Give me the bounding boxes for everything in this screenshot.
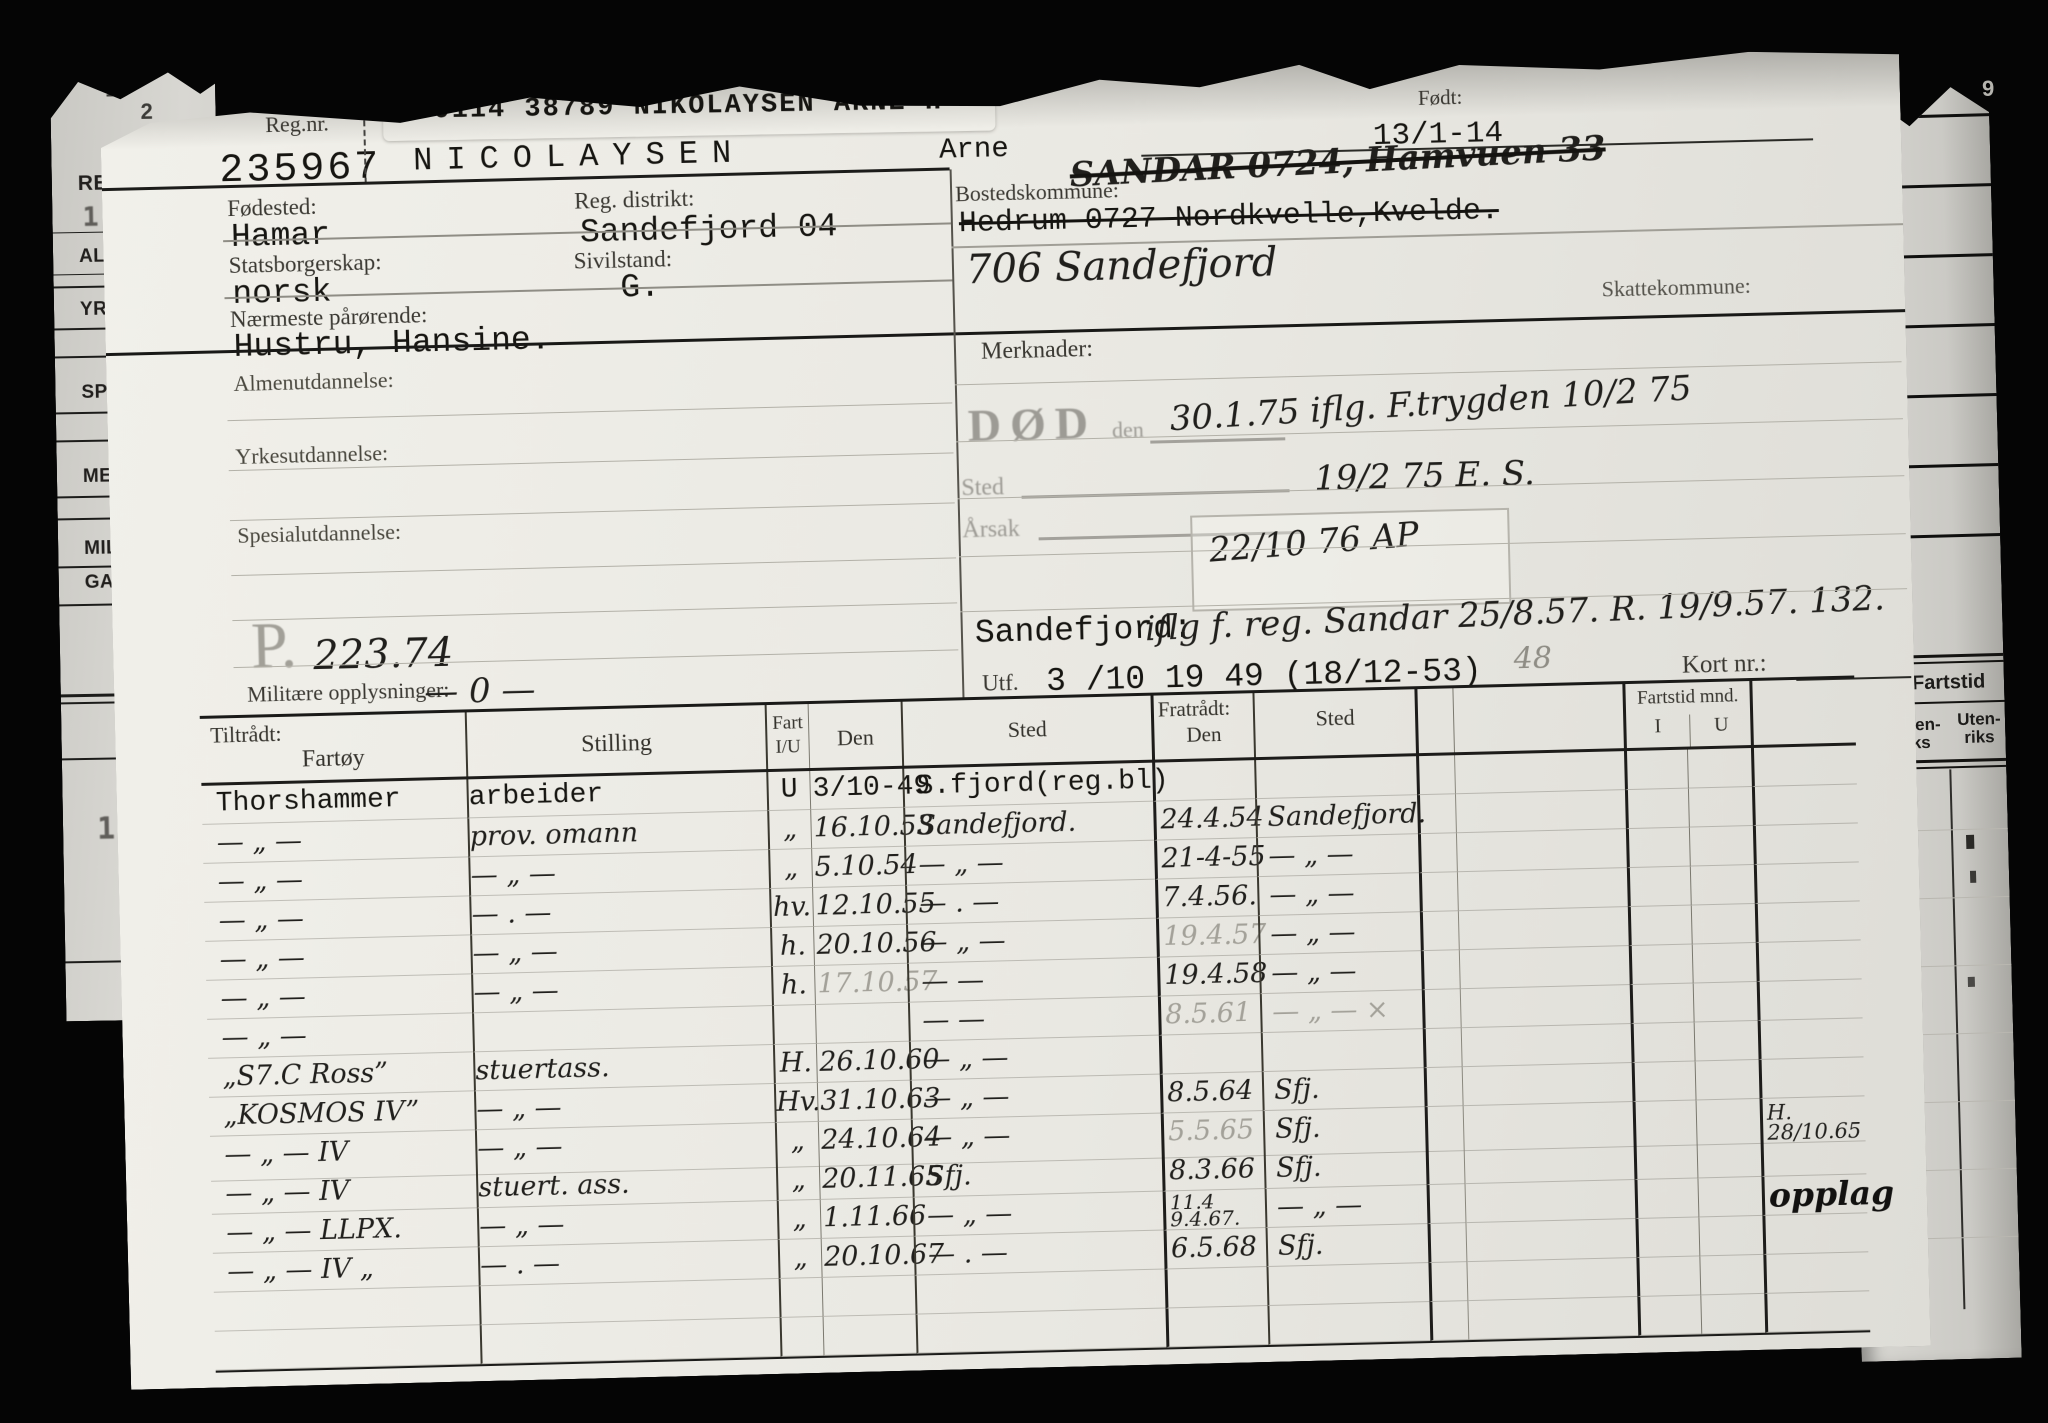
- cell-fart: hv.: [769, 888, 813, 928]
- cell-u: [1689, 826, 1754, 867]
- header-fratraadt: Fratrådt: Den: [1150, 693, 1254, 759]
- cell-x2: [1462, 1063, 1633, 1106]
- cell-note: opplag: [1761, 1174, 1867, 1216]
- cell-u: [1697, 1177, 1762, 1218]
- cell-fartoy: — „ —: [207, 1013, 473, 1058]
- cell-x1: [1428, 1262, 1467, 1302]
- cell-sted: — . —: [914, 1231, 1165, 1276]
- cell-x2: [1460, 985, 1631, 1028]
- cell-x2: [1459, 946, 1630, 989]
- header-stilling: Stilling: [465, 705, 766, 776]
- cell-fra-den: 8.5.61: [1158, 994, 1261, 1035]
- cell-fart: H.: [773, 1044, 817, 1084]
- cell-sted: — „ —: [913, 1192, 1164, 1237]
- ink-mark: [1970, 871, 1976, 883]
- header-fra-sted: Sted: [1252, 689, 1416, 757]
- cell-sted: — „ —: [909, 1036, 1160, 1081]
- cell-den: 16.10.53: [810, 808, 904, 849]
- firstname: Arne: [939, 132, 1009, 167]
- cell-fra-den: 24.4.54: [1153, 799, 1256, 840]
- cell-x1: [1419, 872, 1458, 912]
- col-i-label: I: [1626, 715, 1691, 749]
- cell-sted: Sfj.: [912, 1153, 1163, 1198]
- punch-card-sticker: 130114 38789 NIKOLAYSEN ARNE H: [383, 72, 996, 141]
- cell-sted: — „ —: [910, 1075, 1161, 1120]
- cell-i: [1635, 1217, 1699, 1258]
- cell-den: 1.11.66: [820, 1198, 914, 1239]
- page-digit-9: 9: [1982, 76, 1994, 102]
- cell-i: [1637, 1295, 1701, 1336]
- cell-i: [1630, 984, 1694, 1025]
- cell-stilling: [480, 1318, 781, 1364]
- cell-fartoy: [215, 1325, 481, 1370]
- cell-den: [815, 1003, 909, 1044]
- rule-line: [955, 361, 1902, 385]
- cell-fra-sted: — „ —: [1259, 951, 1422, 994]
- header-sted: Sted: [901, 696, 1152, 766]
- cell-x1: [1427, 1223, 1466, 1263]
- militare-label: Militære opplysninger:: [247, 677, 450, 708]
- cell-x2: [1465, 1219, 1636, 1262]
- cell-note: [1751, 745, 1857, 787]
- cell-fartoy: — „ — IV: [211, 1169, 477, 1214]
- cell-fartoy: — „ —: [206, 974, 472, 1019]
- cell-fra-den: [1165, 1306, 1268, 1347]
- cell-fart: h.: [771, 966, 815, 1006]
- cell-x2: [1457, 868, 1628, 911]
- col-stilling-label: Stilling: [467, 727, 766, 761]
- ink-mark: [1966, 835, 1974, 849]
- death-note-2: 19/2 75 E. S.: [1314, 453, 1535, 498]
- cell-x2: [1461, 1024, 1632, 1067]
- col-u-label: U: [1689, 713, 1754, 738]
- spesial-label: Spesialutdannelse:: [237, 519, 401, 549]
- cell-den: 17.10.57: [814, 964, 908, 1005]
- cell-fartoy: „KOSMOS IV”: [209, 1091, 475, 1136]
- cell-fra-den: [1152, 760, 1255, 801]
- voyage-rows: ThorshammerarbeiderU3/10-49S.fjord(reg.b…: [201, 745, 1870, 1370]
- cell-fart: [779, 1278, 823, 1318]
- cell-x1: [1424, 1067, 1463, 1107]
- cell-fra-sted: [1266, 1263, 1429, 1306]
- cell-fart: [772, 1005, 816, 1045]
- cell-fart: „: [776, 1161, 820, 1201]
- cell-fra-sted: [1254, 756, 1417, 799]
- ink-mark: [1968, 977, 1975, 987]
- cell-den: 12.10.55: [812, 886, 906, 927]
- cell-x1: [1420, 911, 1459, 951]
- col-sted-label: Sted: [903, 714, 1152, 746]
- cell-fartoy: [214, 1286, 480, 1331]
- base-fartstid-header: Fartstid: [1912, 670, 1986, 695]
- cell-i: [1627, 867, 1691, 908]
- cell-fra-sted: — „ —: [1257, 873, 1420, 916]
- cell-u: [1697, 1138, 1762, 1179]
- cell-fra-den: 8.3.66: [1162, 1150, 1265, 1191]
- header-den: Den: [808, 702, 903, 768]
- cell-fra-sted: Sandefjord.: [1255, 795, 1418, 838]
- cell-fra-sted: Sfj.: [1262, 1068, 1425, 1111]
- militare-value: — 0 —: [424, 670, 536, 713]
- cell-fra-den: 19.4.57: [1156, 916, 1259, 957]
- punch-line: 130114 38789 NIKOLAYSEN ARNE H: [397, 87, 944, 127]
- cell-u: [1695, 1060, 1760, 1101]
- cell-x1: [1427, 1184, 1466, 1224]
- cell-i: [1625, 789, 1689, 830]
- cell-note: [1762, 1213, 1868, 1255]
- cell-u: [1692, 943, 1757, 984]
- cell-i: [1632, 1061, 1696, 1102]
- cell-den: 26.10.60: [816, 1042, 910, 1083]
- regnr-label: Reg.nr.: [265, 111, 329, 139]
- reg-distrikt-label: Reg. distrikt:: [574, 186, 695, 215]
- cell-x2: [1467, 1297, 1638, 1340]
- rule-line: [230, 502, 955, 521]
- cell-fartoy: Thorshammer: [201, 779, 467, 824]
- cell-note: [1755, 901, 1861, 943]
- cell-fartoy: „S7.C Ross”: [208, 1052, 474, 1097]
- register-card: Reg.nr. 235967 130114 38789 NIKOLAYSEN A…: [99, 46, 1930, 1390]
- cell-fart: „: [777, 1200, 821, 1240]
- col-fra-den-label: Den: [1154, 721, 1254, 748]
- fratraadt-label: Fratrådt:: [1158, 696, 1231, 723]
- cell-fra-sted: — „ — ×: [1260, 990, 1423, 1033]
- cell-sted: — —: [907, 958, 1158, 1003]
- cell-fra-sted: — „ —: [1265, 1185, 1428, 1228]
- cell-x1: [1416, 755, 1455, 795]
- cell-fart: „: [768, 849, 812, 889]
- cell-x1: [1421, 950, 1460, 990]
- arsak-stamp: Årsak: [962, 516, 1020, 544]
- cell-fart: [780, 1317, 824, 1357]
- col-fart-label: Fart: [767, 712, 809, 735]
- cell-note: [1752, 784, 1858, 826]
- cell-den: 3/10-49: [809, 769, 903, 810]
- page-digit-2: 2: [140, 99, 153, 125]
- cell-fra-sted: — „ —: [1258, 912, 1421, 955]
- cell-fart: U: [766, 771, 810, 811]
- scanned-register-card: REG.NR.: 177739 ALMEN UTDANNEL YRKES UTD…: [0, 0, 2048, 1423]
- cell-fart: „: [767, 810, 811, 850]
- cell-den: 20.10.67: [821, 1237, 915, 1278]
- cell-den: 20.11.65: [819, 1159, 913, 1200]
- voyage-table: Tiltrådt: Fartøy Stilling Fart I/U Den S…: [200, 675, 1871, 1372]
- cell-fart: „: [778, 1239, 822, 1279]
- cell-u: [1700, 1294, 1765, 1335]
- col-fartoy-label: Fartøy: [201, 742, 467, 775]
- rule-line: [224, 279, 952, 298]
- cell-fart: Hv.: [774, 1083, 818, 1123]
- cell-note: [1759, 1057, 1865, 1099]
- cell-x1: [1418, 833, 1457, 873]
- cell-den: 31.10.63: [817, 1081, 911, 1122]
- cell-x2: [1456, 829, 1627, 872]
- cell-i: [1634, 1178, 1698, 1219]
- yrkes-label: Yrkesutdannelse:: [235, 440, 388, 470]
- cell-fra-den: 11.4 9.4.67.: [1163, 1189, 1266, 1230]
- fartstid-mnd-label: Fartstid mnd.: [1625, 685, 1750, 710]
- col-fra-sted-label: Sted: [1255, 703, 1416, 733]
- cell-fra-den: [1159, 1033, 1262, 1074]
- cell-u: [1691, 904, 1756, 945]
- header-fart: Fart I/U: [765, 704, 810, 769]
- cell-x1: [1422, 989, 1461, 1029]
- cell-sted: — „ —: [906, 919, 1157, 964]
- cell-x1: [1426, 1145, 1465, 1185]
- cell-x2: [1464, 1141, 1635, 1184]
- bosted-crossed-hand: SANDAR 0724, Hamvuen 33: [1069, 128, 1607, 195]
- cell-fra-den: 21-4-55: [1154, 838, 1257, 879]
- cell-i: [1628, 906, 1692, 947]
- base-col-utenriks: Uten-riks: [1953, 710, 2006, 747]
- header-note-col: [1749, 678, 1856, 745]
- cell-fra-den: [1165, 1267, 1268, 1308]
- bosted-current: 706 Sandefjord: [965, 239, 1277, 293]
- cell-i: [1634, 1139, 1698, 1180]
- cell-sted: — . —: [905, 880, 1156, 925]
- cell-note: [1757, 979, 1863, 1021]
- cell-u: [1687, 748, 1752, 789]
- cell-note: [1764, 1291, 1870, 1333]
- cell-x1: [1429, 1301, 1468, 1341]
- cell-fra-sted: Sfj.: [1266, 1224, 1429, 1267]
- cell-u: [1699, 1255, 1764, 1296]
- cell-fra-sted: — „ —: [1256, 834, 1419, 877]
- cell-fartoy: — „ —: [202, 818, 468, 863]
- dod-stamp: DØD: [967, 396, 1097, 452]
- header-fartoy: Tiltrådt: Fartøy: [200, 712, 466, 782]
- cell-x2: [1454, 751, 1625, 794]
- dod-den-stamp: den: [1112, 417, 1144, 444]
- rule-line: [227, 402, 952, 421]
- cell-sted: [915, 1270, 1166, 1315]
- cell-fartoy: — „ —: [204, 896, 470, 941]
- cell-i: [1631, 1023, 1695, 1064]
- cell-note: [1756, 940, 1862, 982]
- column-divider-line: [950, 169, 965, 697]
- utf-label: Utf.: [982, 670, 1019, 697]
- cell-note: [1760, 1135, 1866, 1177]
- col-fart-iu-label: I/U: [767, 736, 809, 759]
- cell-sted: Sandefjord.: [903, 802, 1154, 847]
- cell-x2: [1458, 907, 1629, 950]
- kort-nr-label: Kort nr.:: [1682, 650, 1767, 680]
- cell-x2: [1465, 1180, 1636, 1223]
- utf-pencil-note: 48: [1513, 641, 1552, 677]
- cell-sted: [916, 1308, 1167, 1353]
- cell-fartoy: — „ —: [205, 935, 471, 980]
- tiltraadt-label: Tiltrådt:: [210, 721, 282, 749]
- cell-fra-sted: [1261, 1029, 1424, 1072]
- cell-fra-sted: [1267, 1302, 1430, 1345]
- cell-sted: S.fjord(reg.bl): [902, 763, 1153, 808]
- cell-i: [1626, 828, 1690, 869]
- cell-den: [823, 1315, 917, 1356]
- rule-line: [232, 602, 957, 621]
- cell-x1: [1423, 1028, 1462, 1068]
- cell-x2: [1455, 790, 1626, 833]
- cell-u: [1693, 982, 1758, 1023]
- cell-fartoy: — „ — LLPX.: [212, 1208, 478, 1253]
- cell-fra-den: 19.4.58: [1157, 955, 1260, 996]
- cell-i: [1629, 945, 1693, 986]
- cell-x1: [1417, 794, 1456, 834]
- cell-den: [822, 1276, 916, 1317]
- cell-fra-den: 7.4.56.: [1155, 877, 1258, 918]
- cell-fra-sted: Sfj.: [1264, 1146, 1427, 1189]
- merknader-label: Merknader:: [981, 336, 1094, 366]
- page-digit-1: 1: [105, 79, 117, 102]
- cell-note: [1753, 823, 1859, 865]
- born-label: Født:: [1418, 85, 1463, 111]
- cell-note: [1758, 1018, 1864, 1060]
- cell-fra-den: 6.5.68: [1164, 1228, 1267, 1269]
- skatte-label: Skattekommune:: [1601, 273, 1751, 303]
- header-blank: [1452, 684, 1624, 752]
- col-den-label: Den: [809, 724, 902, 752]
- cell-den: 5.10.54: [811, 847, 905, 888]
- cell-x2: [1466, 1258, 1637, 1301]
- header-fartstid-mnd: Fartstid mnd. I U: [1622, 681, 1751, 748]
- cell-fart: h.: [770, 927, 814, 967]
- cell-u: [1698, 1216, 1763, 1257]
- almen-label: Almenutdannelse:: [233, 367, 394, 397]
- cell-sted: — „ —: [904, 841, 1155, 886]
- cell-fra-den: 8.5.64: [1160, 1072, 1263, 1113]
- cell-u: [1694, 1021, 1759, 1062]
- cell-fartoy: — „ — IV „: [213, 1247, 479, 1292]
- cell-i: [1624, 750, 1688, 791]
- cell-u: [1690, 865, 1755, 906]
- correction-note: 22/10 76 AP: [1208, 515, 1421, 571]
- cell-note: [1754, 862, 1860, 904]
- rule-line: [1949, 769, 1965, 1309]
- rule-line: [231, 557, 956, 576]
- death-note: 30.1.75 iflg. F.trygden 10/2 75: [1169, 368, 1693, 439]
- cell-den: 20.10.56: [813, 925, 907, 966]
- cell-i: [1636, 1256, 1700, 1297]
- header-extra-narrow: [1414, 688, 1454, 753]
- cell-sted: — —: [908, 997, 1159, 1042]
- cell-fartoy: — „ —: [203, 857, 469, 902]
- cell-note: [1763, 1252, 1869, 1294]
- cell-u: [1688, 787, 1753, 828]
